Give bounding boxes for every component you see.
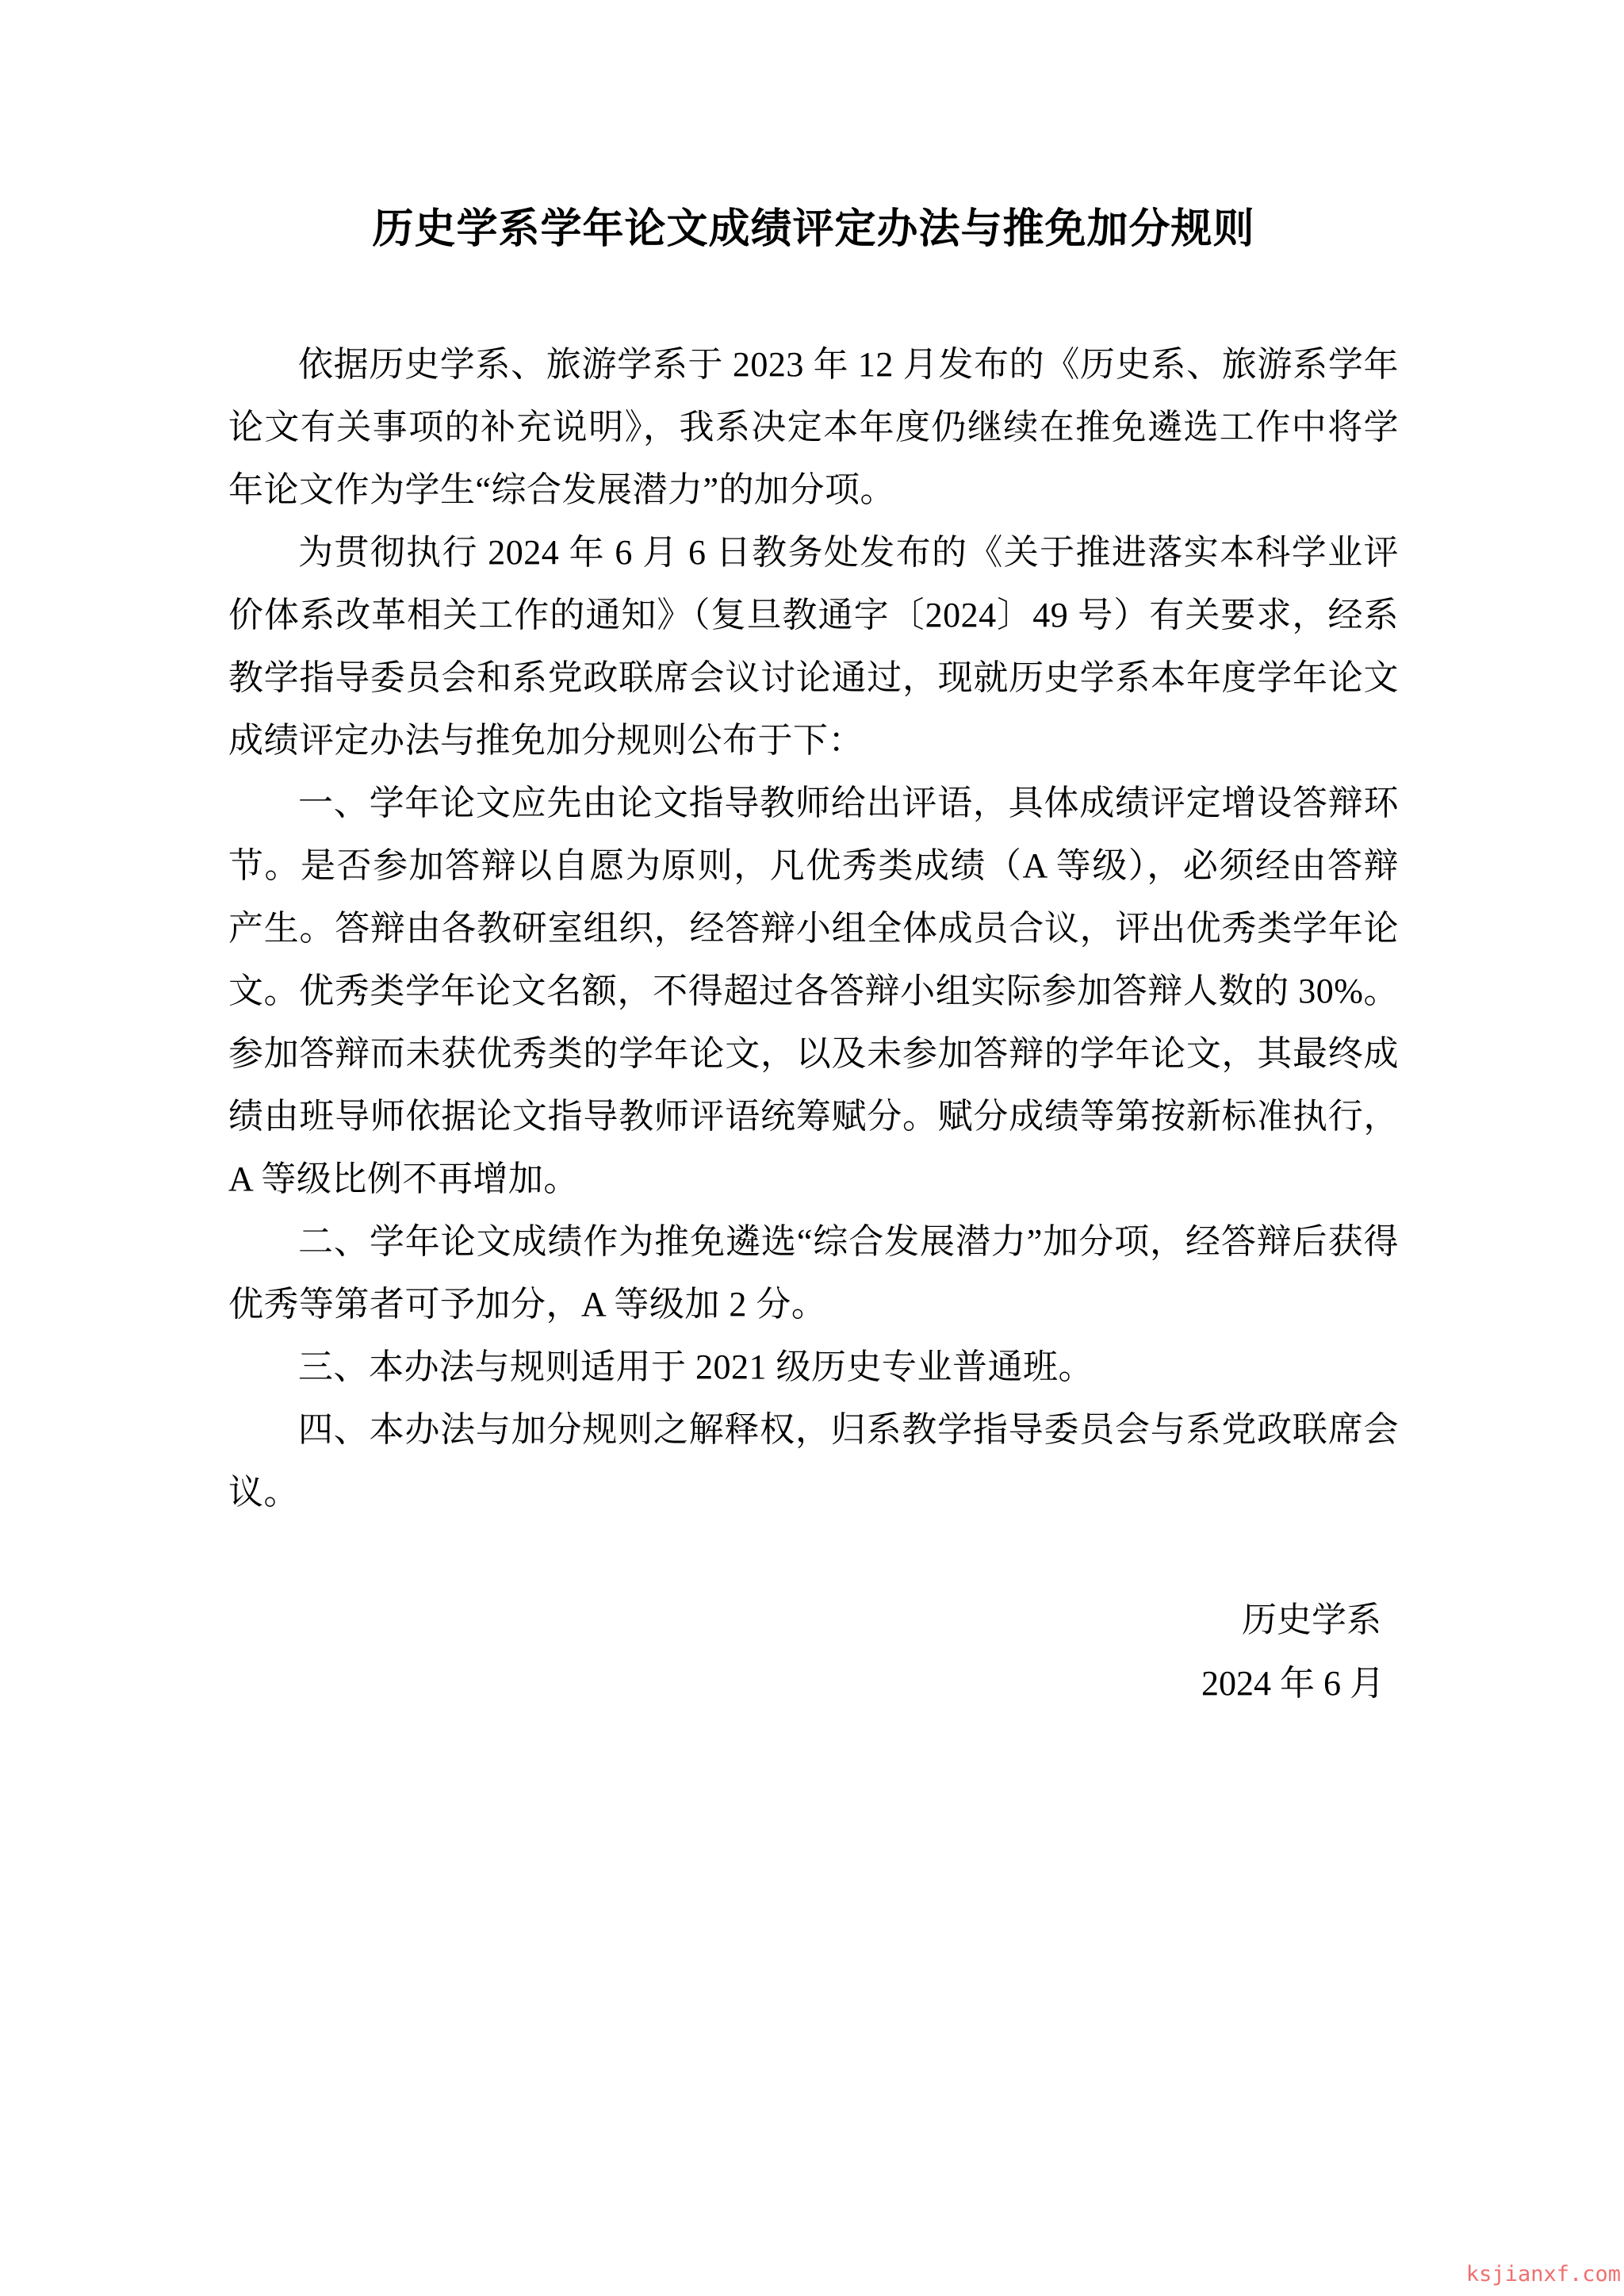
paragraph-3: 一、学年论文应先由论文指导教师给出评语，具体成绩评定增设答辩环节。是否参加答辩以… bbox=[228, 772, 1399, 1210]
paragraph-1: 依据历史学系、旅游学系于 2023 年 12 月发布的《历史系、旅游系学年论文有… bbox=[228, 333, 1399, 521]
document-content: 历史学系学年论文成绩评定办法与推免加分规则 依据历史学系、旅游学系于 2023 … bbox=[0, 0, 1624, 1715]
paragraph-4: 二、学年论文成绩作为推免遴选“综合发展潜力”加分项，经答辩后获得优秀等第者可予加… bbox=[228, 1210, 1399, 1336]
signature-department: 历史学系 bbox=[228, 1589, 1399, 1652]
site-watermark: ksjianxf.com bbox=[1466, 2263, 1621, 2286]
signature-block: 历史学系 2024 年 6 月 bbox=[228, 1589, 1399, 1715]
paragraph-5: 三、本办法与规则适用于 2021 级历史专业普通班。 bbox=[228, 1336, 1399, 1398]
document-page: 历史学系学年论文成绩评定办法与推免加分规则 依据历史学系、旅游学系于 2023 … bbox=[0, 0, 1624, 2296]
signature-date: 2024 年 6 月 bbox=[228, 1652, 1399, 1715]
paragraph-6: 四、本办法与加分规则之解释权，归系教学指导委员会与系党政联席会议。 bbox=[228, 1398, 1399, 1524]
document-title: 历史学系学年论文成绩评定办法与推免加分规则 bbox=[228, 205, 1399, 255]
document-paragraphs: 依据历史学系、旅游学系于 2023 年 12 月发布的《历史系、旅游系学年论文有… bbox=[228, 333, 1399, 1524]
paragraph-2: 为贯彻执行 2024 年 6 月 6 日教务处发布的《关于推进落实本科学业评价体… bbox=[228, 521, 1399, 772]
